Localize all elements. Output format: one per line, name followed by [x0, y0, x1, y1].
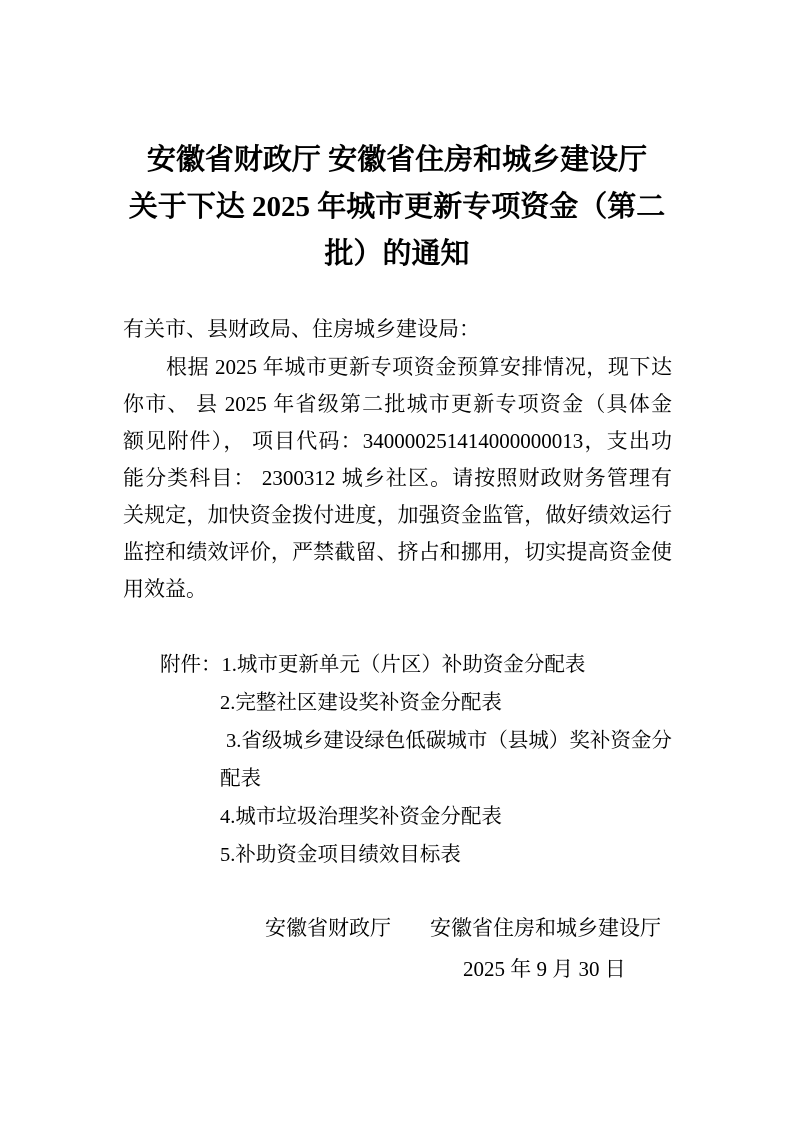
paragraph-line: 监控和绩效评价，严禁截留、挤占和挪用，切实提高资金使	[123, 534, 672, 571]
title-line-1: 安徽省财政厅 安徽省住房和城乡建设厅	[112, 137, 682, 184]
attachment-item-1: 1.城市更新单元（片区）补助资金分配表	[222, 646, 586, 684]
signature-housing-department: 安徽省住房和城乡建设厅	[430, 912, 661, 942]
attachment-item-3-continuation: 配表	[160, 760, 700, 798]
attachments-list: 附件： 1.城市更新单元（片区）补助资金分配表 2.完整社区建设奖补资金分配表 …	[160, 646, 700, 874]
attachments-label: 附件：	[160, 646, 222, 684]
paragraph-line-subject-code: 能分类科目： 2300312 城乡社区。请按照财政财务管理有	[123, 460, 672, 497]
paragraph-line: 关规定，加快资金拨付进度，加强资金监管，做好绩效运行	[123, 497, 672, 534]
attachment-item-2: 2.完整社区建设奖补资金分配表	[160, 684, 700, 722]
document-date: 2025 年 9 月 30 日	[463, 953, 626, 983]
attachment-item-5: 5.补助资金项目绩效目标表	[160, 836, 700, 874]
attachment-item-3: 3.省级城乡建设绿色低碳城市（县城）奖补资金分	[160, 722, 700, 760]
paragraph-line: 根据 2025 年城市更新专项资金预算安排情况，现下达	[123, 349, 672, 386]
title-line-3: 批）的通知	[112, 231, 682, 278]
salutation: 有关市、县财政局、住房城乡建设局：	[123, 313, 480, 343]
paragraph-line: 你市、 县 2025 年省级第二批城市更新专项资金（具体金	[123, 386, 672, 423]
paragraph-line: 用效益。	[123, 571, 672, 608]
notice-document-page: 安徽省财政厅 安徽省住房和城乡建设厅 关于下达 2025 年城市更新专项资金（第…	[0, 0, 793, 1122]
document-title: 安徽省财政厅 安徽省住房和城乡建设厅 关于下达 2025 年城市更新专项资金（第…	[112, 137, 682, 278]
body-paragraph: 根据 2025 年城市更新专项资金预算安排情况，现下达 你市、 县 2025 年…	[123, 349, 672, 608]
signature-finance-department: 安徽省财政厅	[265, 912, 391, 942]
attachment-item-4: 4.城市垃圾治理奖补资金分配表	[160, 798, 700, 836]
attachment-row-1: 附件： 1.城市更新单元（片区）补助资金分配表	[160, 646, 700, 684]
paragraph-line-project-code: 额见附件）， 项目代码：340000251414000000013，支出功	[123, 423, 672, 460]
title-line-2: 关于下达 2025 年城市更新专项资金（第二	[112, 184, 682, 231]
